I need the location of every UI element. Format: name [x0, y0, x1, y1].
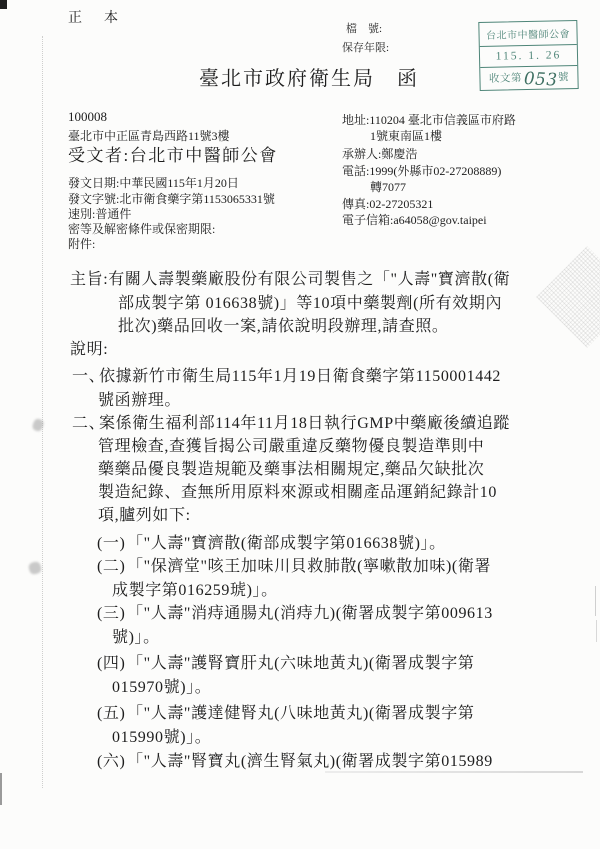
- attachment-label: 附件:: [68, 235, 95, 252]
- document-page: 正 本 檔 號: 保存年限: 臺北市政府衛生局 函 台北市中醫師公會 115. …: [0, 0, 600, 849]
- sub-item-text: 「"保濟堂"咳王加味川貝救肺散(寧嗽散加味)(衛署: [127, 558, 491, 575]
- fax-number: 傳真:02-27205321: [342, 195, 433, 212]
- sender-address-line2: 1號東南區1樓: [370, 127, 442, 144]
- faint-diagonal-seal: [536, 246, 600, 348]
- stamp-receipt-number-row: 收文第 053 號: [480, 66, 577, 89]
- file-number-label: 檔 號:: [346, 20, 382, 36]
- sender-address-line1: 地址:110204 臺北市信義區市府路: [342, 111, 516, 128]
- sub-item-text: 「"人壽"消痔通腸丸(消痔九)(衛署成製字第009613: [127, 605, 493, 622]
- list-item-line: 藥藥品優良製造規範及藥事法相關規定,藥品欠缺批次: [98, 456, 484, 479]
- recipient-code: 100008: [68, 109, 107, 125]
- sub-item-line: (一)「"人壽"寶濟散(衛部成製字第016638號)」。: [97, 530, 446, 553]
- sub-item-marker: (三): [97, 600, 127, 623]
- sub-item-marker: (四): [97, 650, 127, 673]
- sub-item-line: 015990號)」。: [112, 724, 211, 747]
- sub-item-text: 「"人壽"腎寶丸(濟生腎氣丸)(衛署成製字第015989: [127, 753, 493, 770]
- scan-edge-mark: [595, 586, 596, 616]
- sub-item-marker: (二): [97, 553, 127, 576]
- retention-period-label: 保存年限:: [342, 39, 389, 55]
- email-address: 電子信箱:a64058@gov.taipei: [342, 211, 487, 228]
- sub-item-line: (四)「"人壽"護腎寶肝丸(六味地黃丸)(衛署成製字第: [97, 650, 474, 673]
- sub-item-line: 成製字第016259琥)」。: [112, 577, 278, 600]
- stamp-receipt-suffix: 號: [558, 69, 569, 84]
- stamp-receipt-prefix: 收文第: [489, 70, 522, 86]
- received-stamp: 台北市中醫師公會 115. 1. 26 收文第 053 號: [478, 20, 578, 91]
- list-marker: 二、: [72, 410, 99, 433]
- sub-item-line: (二)「"保濟堂"咳王加味川貝救肺散(寧嗽散加味)(衛署: [97, 553, 491, 576]
- fold-line: [42, 36, 43, 788]
- issue-date: 發文日期:中華民國115年1月20日: [68, 174, 239, 191]
- scan-corner-mark: [0, 0, 7, 9]
- list-item-line: 製造紀錄、查無所用原料來源或相關產品運銷紀錄計10: [98, 479, 497, 502]
- sub-item-text: 「"人壽"護腎寶肝丸(六味地黃丸)(衛署成製字第: [127, 655, 474, 672]
- scan-edge-mark: [596, 620, 597, 642]
- sub-item-marker: (六): [97, 748, 127, 771]
- sub-item-marker: (一): [97, 530, 127, 553]
- subject-line: 部成製字第 016638號)」等10項中藥製劑(所有效期內: [118, 290, 502, 313]
- sub-item-marker: (五): [97, 700, 127, 723]
- sub-item-line: (五)「"人壽"護達健腎丸(八味地黃丸)(衛署成製字第: [97, 700, 474, 723]
- sub-item-line: (三)「"人壽"消痔通腸丸(消痔九)(衛署成製字第009613: [97, 600, 493, 623]
- list-text: 案係衛生福利部114年11月18日執行GMP中藥廠後續追蹤: [99, 415, 510, 432]
- sub-item-text: 「"人壽"護達健腎丸(八味地黃丸)(衛署成製字第: [127, 705, 474, 722]
- list-text: 依據新竹市衛生局115年1月19日衛食藥字第1150001442: [99, 368, 501, 385]
- scan-edge-mark: [0, 773, 2, 805]
- list-item-line: 管理檢查,查獲旨揭公司嚴重違反藥物優良製造準則中: [98, 433, 484, 456]
- document-title: 臺北市政府衛生局 函: [199, 62, 419, 91]
- sub-item-line: (六)「"人壽"腎寶丸(濟生腎氣丸)(衛署成製字第015989: [97, 748, 493, 771]
- stamp-organization: 台北市中醫師公會: [479, 21, 576, 47]
- scan-line-artifact: [325, 771, 583, 773]
- stamp-date: 115. 1. 26: [480, 45, 577, 68]
- contact-person: 承辦人:鄭慶浩: [342, 145, 417, 162]
- phone-line2: 轉7077: [370, 178, 406, 195]
- sub-item-line: 號)」。: [112, 624, 160, 647]
- list-item-line: 二、案係衛生福利部114年11月18日執行GMP中藥廠後續追蹤: [72, 410, 510, 433]
- explanation-label: 說明:: [70, 336, 108, 359]
- list-item-line: 一、依據新竹市衛生局115年1月19日衛食藥字第1150001442: [72, 363, 501, 386]
- copy-type-label: 正 本: [68, 7, 122, 27]
- list-item-line: 號函辦理。: [98, 387, 181, 410]
- recipient-line: 受文者:台北市中醫師公會: [68, 141, 278, 166]
- stamp-handwritten-number: 053: [522, 71, 559, 87]
- sub-item-text: 「"人壽"寶濟散(衛部成製字第016638號)」。: [127, 535, 446, 552]
- subject-line: 批次)藥品回收一案,請依說明段辦理,請查照。: [118, 313, 449, 336]
- scan-smudge: [28, 561, 43, 576]
- list-marker: 一、: [72, 363, 99, 386]
- subject-line: 主旨:有關人壽製藥廠股份有限公司製售之「"人壽"寶濟散(衛: [70, 266, 510, 289]
- sub-item-line: 015970號)」。: [112, 674, 211, 697]
- phone-line1: 電話:1999(外縣市02-27208889): [342, 162, 501, 179]
- list-item-line: 項,臚列如下:: [98, 502, 191, 525]
